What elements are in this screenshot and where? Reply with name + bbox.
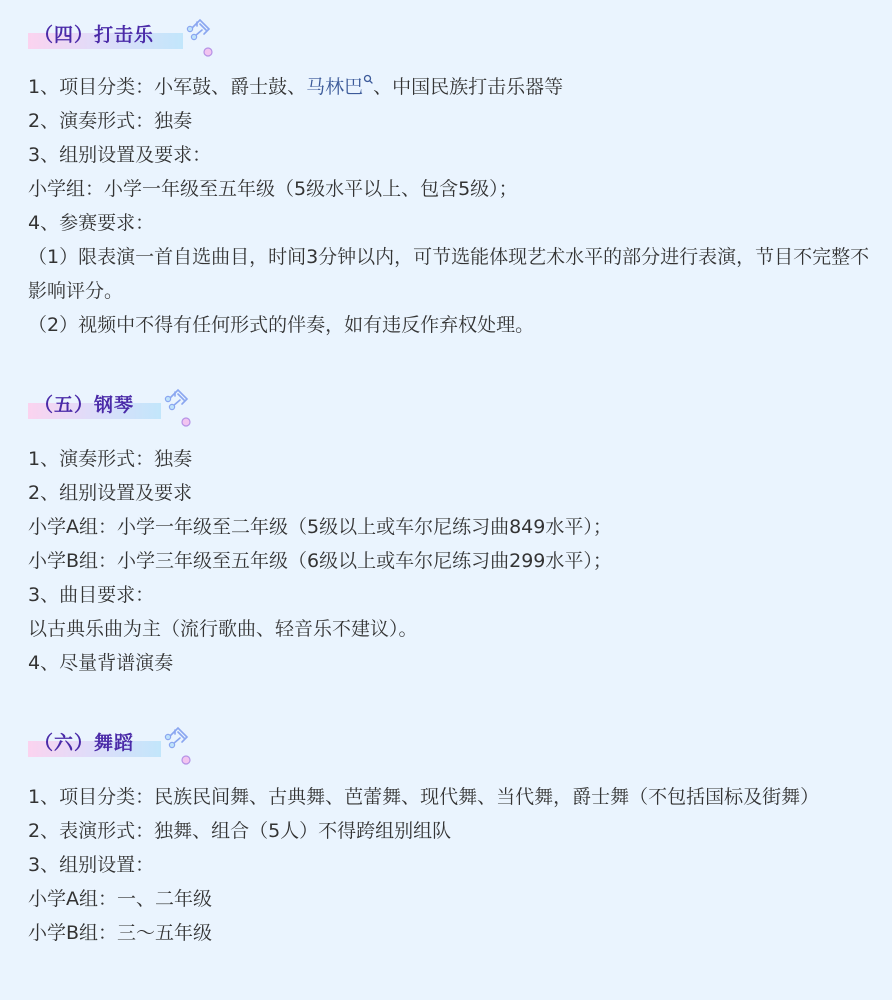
line-text: 、中国民族打击乐器等 [373,76,563,98]
section-title: （四）打击乐 [34,20,154,47]
paragraph-line: 4、参赛要求： [28,206,873,240]
section-title: （六）舞蹈 [34,728,134,755]
paragraph-line: 1、项目分类：民族民间舞、古典舞、芭蕾舞、现代舞、当代舞，爵士舞（不包括国标及街… [28,780,873,814]
paragraph-line: 小学B组：小学三年级至五年级（6级以上或车尔尼练习曲299水平）； [28,544,873,578]
paragraph-line: 4、尽量背谱演奏 [28,646,873,680]
paragraph-line: 以古典乐曲为主（流行歌曲、轻音乐不建议）。 [28,612,873,646]
paragraph-line: 2、组别设置及要求 [28,476,873,510]
paragraph-line: （2）视频中不得有任何形式的伴奏，如有违反作弃权处理。 [28,308,873,342]
section-content: 1、演奏形式：独奏 2、组别设置及要求 小学A组：小学一年级至二年级（5级以上或… [0,442,892,680]
section-content: 1、项目分类：民族民间舞、古典舞、芭蕾舞、现代舞、当代舞，爵士舞（不包括国标及街… [0,780,892,950]
section-heading: （六）舞蹈 [0,718,300,762]
paragraph-line: 小学B组：三～五年级 [28,916,873,950]
section-title: （五）钢琴 [34,390,134,417]
paragraph-line: 小学A组：小学一年级至二年级（5级以上或车尔尼练习曲849水平）； [28,510,873,544]
section-heading: （四）打击乐 [0,10,300,54]
keyword-link-marimba[interactable]: 马林巴 [306,76,363,98]
section-heading: （五）钢琴 [0,380,300,424]
line-text: 1、项目分类：小军鼓、爵士鼓、 [28,76,306,98]
paragraph-line: 1、演奏形式：独奏 [28,442,873,476]
music-note-icon [160,384,194,428]
section-percussion: （四）打击乐 1、项目分类：小军鼓、爵士鼓、马林巴、中国民族打击乐器等 2、演奏… [0,10,892,342]
paragraph-line: 2、演奏形式：独奏 [28,104,873,138]
paragraph-line: 3、曲目要求： [28,578,873,612]
music-note-icon [160,722,194,766]
paragraph-line: 2、表演形式：独舞、组合（5人）不得跨组别组队 [28,814,873,848]
search-icon[interactable] [363,74,373,88]
music-note-icon [182,14,216,58]
section-piano: （五）钢琴 1、演奏形式：独奏 2、组别设置及要求 小学A组：小学一年级至二年级… [0,380,892,680]
paragraph-line: 3、组别设置： [28,848,873,882]
paragraph-line: 1、项目分类：小军鼓、爵士鼓、马林巴、中国民族打击乐器等 [28,70,873,104]
paragraph-line: 小学A组：一、二年级 [28,882,873,916]
paragraph-line: 小学组：小学一年级至五年级（5级水平以上、包含5级）； [28,172,873,206]
paragraph-line: （1）限表演一首自选曲目，时间3分钟以内，可节选能体现艺术水平的部分进行表演，节… [28,240,873,308]
section-content: 1、项目分类：小军鼓、爵士鼓、马林巴、中国民族打击乐器等 2、演奏形式：独奏 3… [0,70,892,342]
section-dance: （六）舞蹈 1、项目分类：民族民间舞、古典舞、芭蕾舞、现代舞、当代舞，爵士舞（不… [0,718,892,950]
paragraph-line: 3、组别设置及要求： [28,138,873,172]
